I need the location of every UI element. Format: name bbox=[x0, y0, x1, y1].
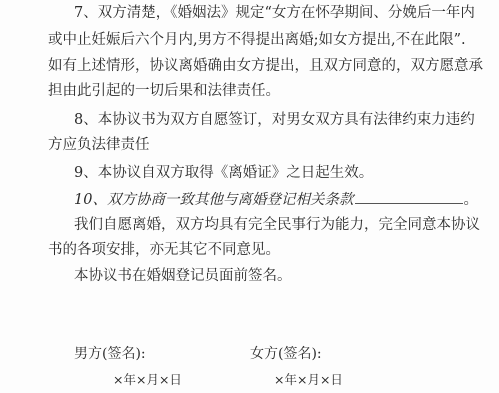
clause-7-line-1: 7、双方清楚，《婚姻法》规定“女方在怀孕期间、分娩后一年内 bbox=[74, 3, 441, 23]
clause-9-line-1: 9、本协议自双方取得《离婚证》之日起生效。 bbox=[74, 163, 373, 183]
male-signature-label: 男方(签名): bbox=[74, 344, 146, 364]
female-signature-label: 女方(签名): bbox=[250, 344, 322, 364]
male-signature-date: ×年×月×日 bbox=[113, 370, 182, 390]
clause-10-blank-field[interactable] bbox=[355, 189, 463, 204]
female-signature-date: ×年×月×日 bbox=[274, 370, 343, 390]
clause-10-text: 10、双方协商一致其他与离婚登记相关条款 bbox=[74, 192, 353, 208]
clause-7-line-3: 如有上述情形，协议离婚确由女方提出，且双方同意的，双方愿意承 bbox=[48, 56, 441, 76]
clause-8-line-2: 方应负法律责任 bbox=[48, 135, 150, 155]
clause-7-line-4: 担由此引起的一切后果和法律责任。 bbox=[48, 81, 280, 101]
declaration-line-1: 我们自愿离婚，双方均具有完全民事行为能力，完全同意本协议 bbox=[74, 215, 441, 235]
clause-10: 10、双方协商一致其他与离婚登记相关条款。 bbox=[74, 189, 478, 210]
clause-7-line-2: 或中止妊娠后六个月内,男方不得提出离婚;如女方提出,不在此限”. bbox=[48, 30, 441, 50]
clause-10-end: 。 bbox=[463, 192, 478, 208]
agreement-page: 7、双方清楚，《婚姻法》规定“女方在怀孕期间、分娩后一年内 或中止妊娠后六个月内… bbox=[0, 0, 499, 393]
clause-8-line-1: 8、本协议书为双方自愿签订，对男女双方具有法律约束力违约 bbox=[74, 110, 441, 130]
sign-note: 本协议书在婚姻登记员面前签名。 bbox=[74, 266, 292, 286]
declaration-line-2: 书的各项安排，亦无其它不同意见。 bbox=[48, 240, 280, 260]
